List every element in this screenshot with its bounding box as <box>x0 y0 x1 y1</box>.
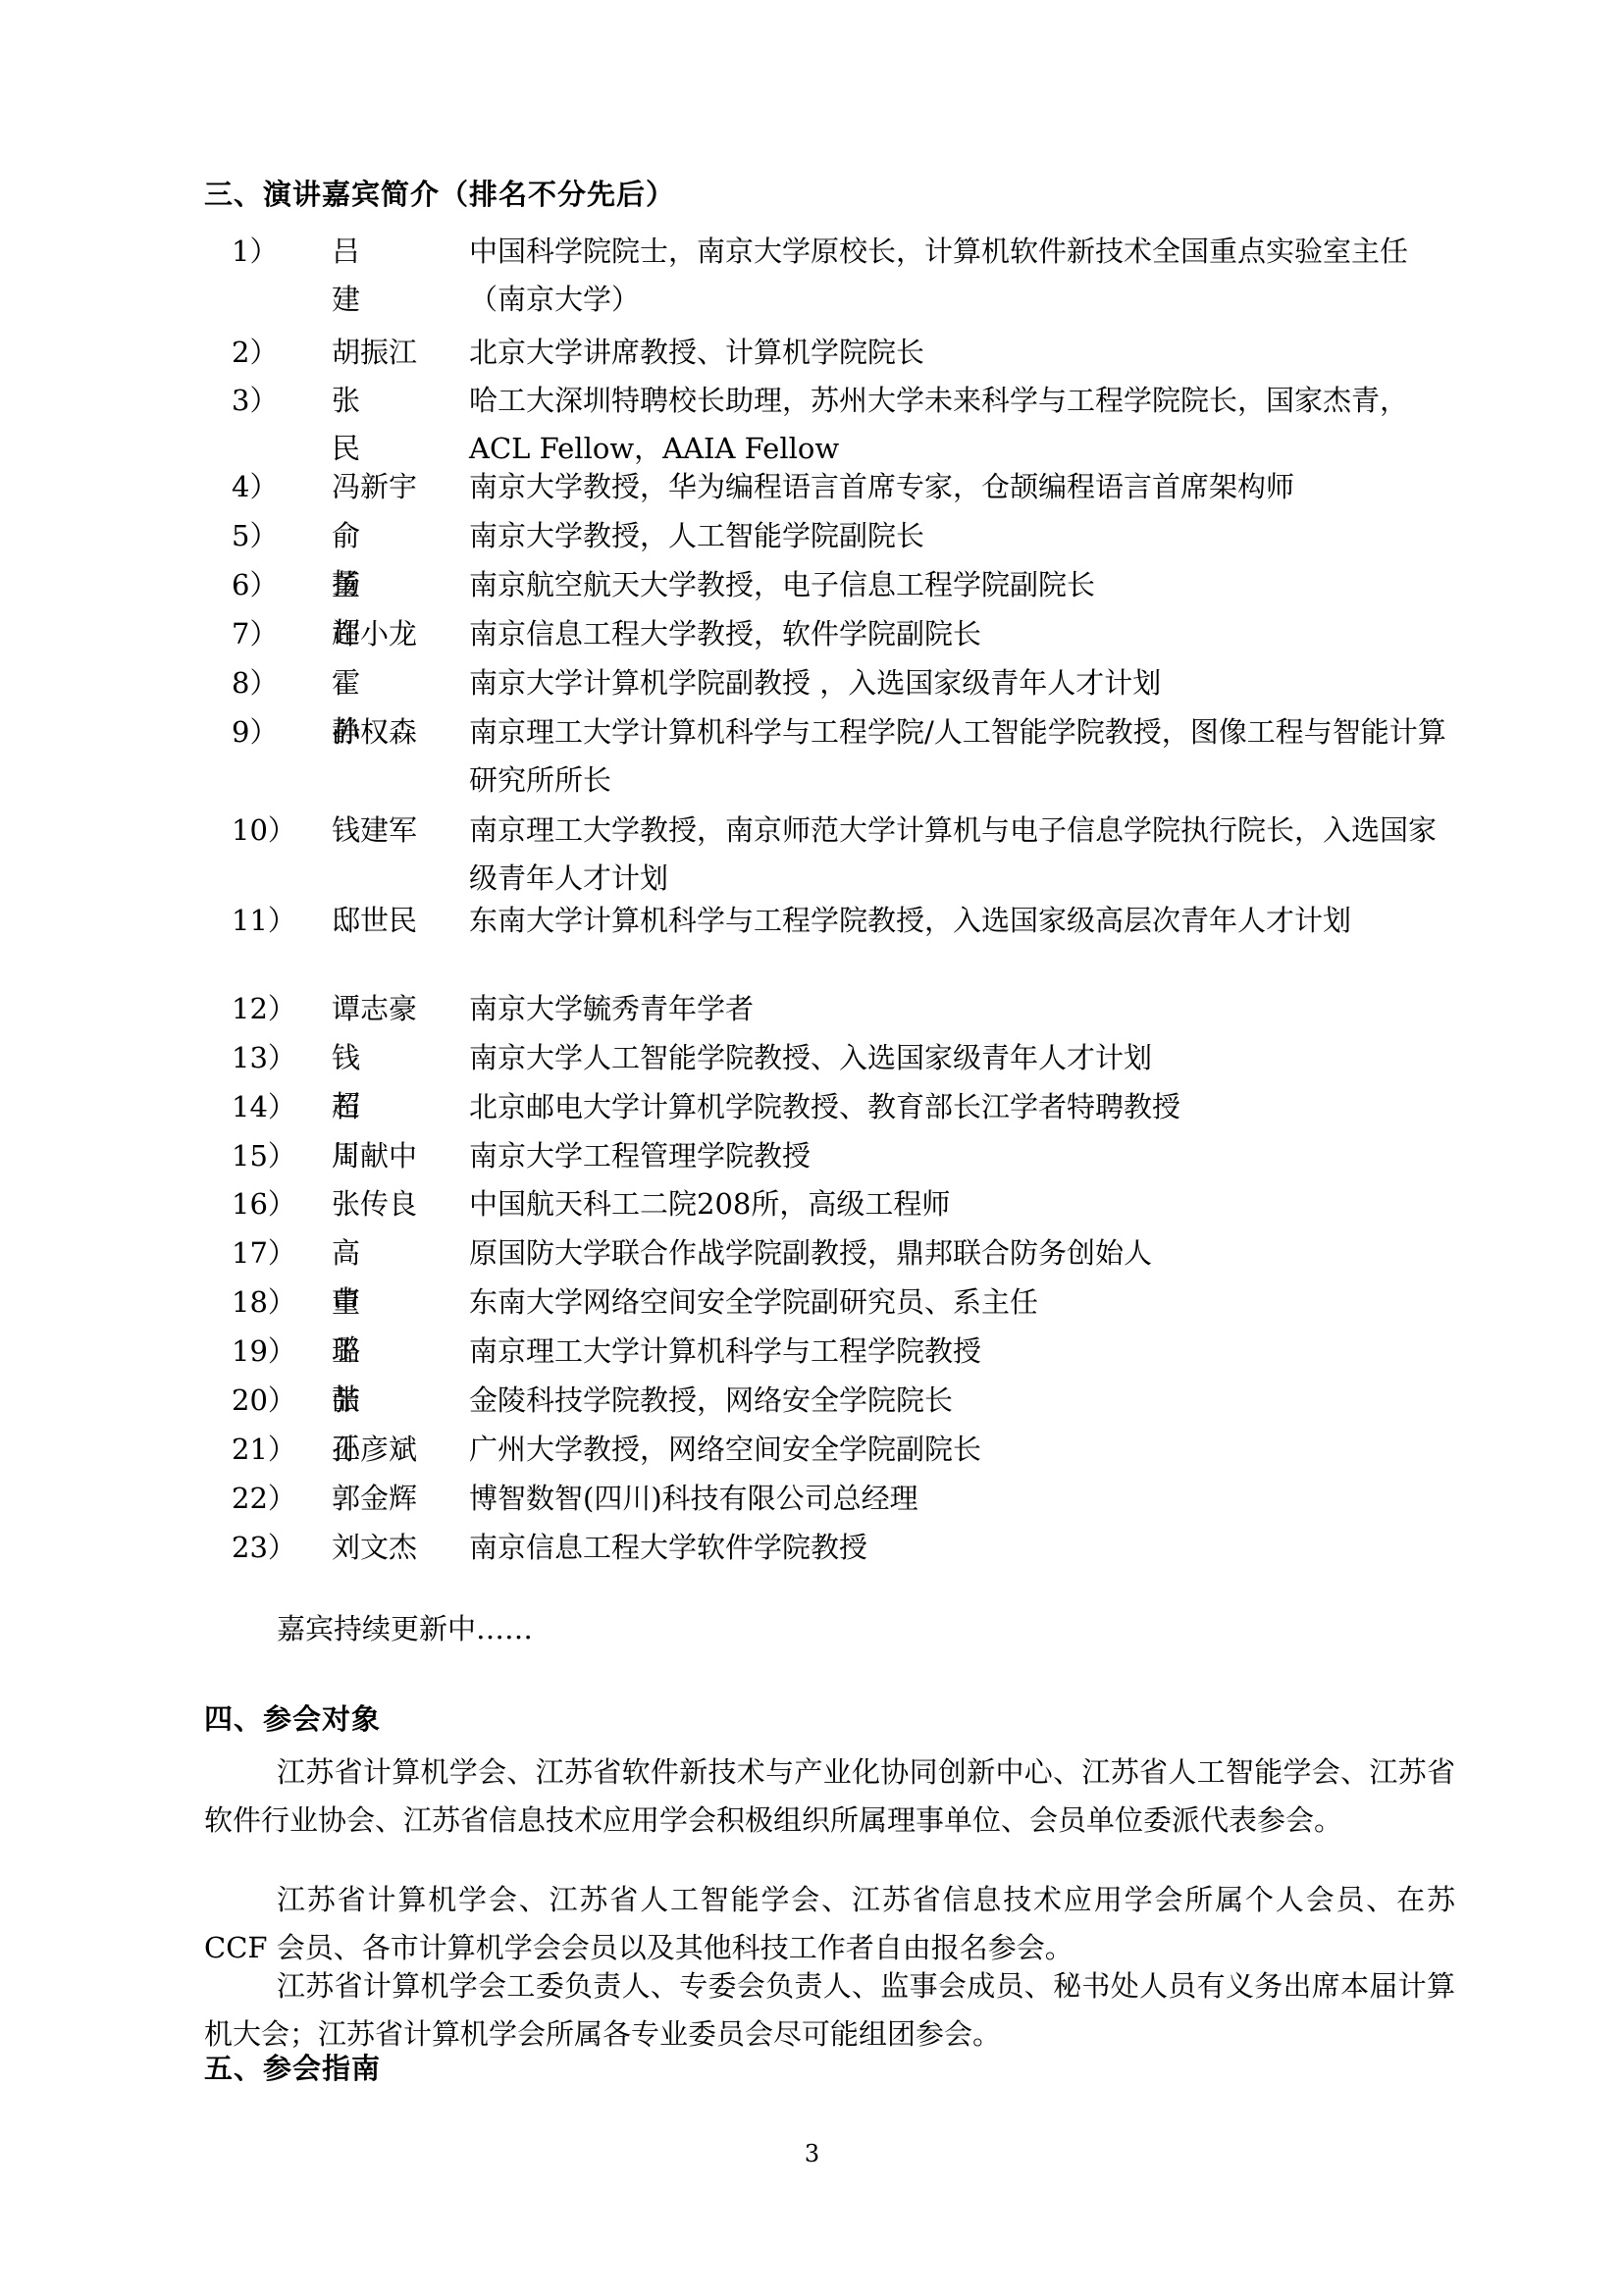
speaker-number: 19） <box>232 1328 296 1376</box>
speaker-description: 南京大学工程管理学院教授 <box>469 1132 1460 1180</box>
speaker-description: 北京大学讲席教授、计算机学院院长 <box>469 329 1460 377</box>
attendees-paragraph: 江苏省计算机学会、江苏省人工智能学会、江苏省信息技术应用学会所属个人会员、在苏 … <box>204 1876 1455 1972</box>
speaker-number: 4） <box>232 463 278 511</box>
speaker-number: 7） <box>232 610 278 658</box>
section-heading-attendees: 四、参会对象 <box>204 1699 381 1739</box>
speaker-number: 1） <box>232 228 278 276</box>
speaker-description: 北京邮电大学计算机学院教授、教育部长江学者特聘教授 <box>469 1083 1460 1131</box>
speaker-name: 张传良 <box>332 1180 449 1228</box>
speaker-number: 22） <box>232 1475 296 1523</box>
section-heading-speakers: 三、演讲嘉宾简介（排名不分先后） <box>204 175 675 214</box>
speaker-number: 23） <box>232 1524 296 1572</box>
speaker-number: 8） <box>232 659 278 707</box>
speaker-description: 南京大学教授，人工智能学院副院长 <box>469 512 1460 560</box>
speaker-number: 13） <box>232 1034 296 1082</box>
speaker-description: 东南大学计算机科学与工程学院教授，入选国家级高层次青年人才计划 <box>469 897 1460 945</box>
speaker-description: 哈工大深圳特聘校长助理，苏州大学未来科学与工程学院院长，国家杰青，ACL Fel… <box>469 377 1460 473</box>
speaker-number: 15） <box>232 1132 296 1180</box>
document-page: 三、演讲嘉宾简介（排名不分先后） 1） 吕建 中国科学院院士，南京大学原校长，计… <box>0 0 1624 2295</box>
speaker-number: 6） <box>232 561 278 609</box>
speaker-description: 南京理工大学教授，南京师范大学计算机与电子信息学院执行院长，入选国家级青年人才计… <box>469 807 1460 903</box>
speaker-name: 孙彦斌 <box>332 1426 449 1474</box>
speaker-description: 南京大学毓秀青年学者 <box>469 985 1460 1033</box>
page-number: 3 <box>0 2139 1624 2168</box>
speaker-name: 周献中 <box>332 1132 449 1180</box>
speaker-name: 许小龙 <box>332 610 449 658</box>
speaker-number: 17） <box>232 1229 296 1278</box>
speaker-name: 吕建 <box>332 228 449 324</box>
speaker-description: 博智数智(四川)科技有限公司总经理 <box>469 1475 1460 1523</box>
section-heading-guide: 五、参会指南 <box>204 2049 381 2088</box>
speaker-number: 5） <box>232 512 278 560</box>
speaker-number: 18） <box>232 1278 296 1327</box>
speaker-name: 孙权森 <box>332 708 449 756</box>
speaker-description: 东南大学网络空间安全学院副研究员、系主任 <box>469 1278 1460 1327</box>
speaker-description: 原国防大学联合作战学院副教授，鼎邦联合防务创始人 <box>469 1229 1460 1278</box>
speaker-description: 中国科学院院士，南京大学原校长，计算机软件新技术全国重点实验室主任（南京大学） <box>469 228 1460 324</box>
speaker-name: 谭志豪 <box>332 985 449 1033</box>
speaker-number: 20） <box>232 1377 296 1425</box>
attendees-paragraph: 江苏省计算机学会工委负责人、专委会负责人、监事会成员、秘书处人员有义务出席本届计… <box>204 1962 1455 2059</box>
speaker-number: 12） <box>232 985 296 1033</box>
speaker-number: 16） <box>232 1180 296 1228</box>
speaker-number: 2） <box>232 329 278 377</box>
speaker-name: 郭金辉 <box>332 1475 449 1523</box>
speaker-description: 南京航空航天大学教授，电子信息工程学院副院长 <box>469 561 1460 609</box>
speaker-description: 金陵科技学院教授，网络安全学院院长 <box>469 1377 1460 1425</box>
speaker-description: 中国航天科工二院208所，高级工程师 <box>469 1180 1460 1228</box>
attendees-paragraph: 江苏省计算机学会、江苏省软件新技术与产业化协同创新中心、江苏省人工智能学会、江苏… <box>204 1748 1455 1845</box>
speaker-description: 南京理工大学计算机科学与工程学院教授 <box>469 1328 1460 1376</box>
speaker-description: 广州大学教授，网络空间安全学院副院长 <box>469 1426 1460 1474</box>
speaker-name: 刘文杰 <box>332 1524 449 1572</box>
speaker-description: 南京信息工程大学软件学院教授 <box>469 1524 1460 1572</box>
speaker-name: 胡振江 <box>332 329 449 377</box>
speaker-number: 9） <box>232 708 278 756</box>
speaker-description: 南京大学人工智能学院教授、入选国家级青年人才计划 <box>469 1034 1460 1082</box>
speaker-description: 南京信息工程大学教授，软件学院副院长 <box>469 610 1460 658</box>
speaker-name: 张民 <box>332 377 449 473</box>
speaker-description: 南京大学计算机学院副教授 ，入选国家级青年人才计划 <box>469 659 1460 707</box>
speaker-description: 南京理工大学计算机科学与工程学院/人工智能学院教授，图像工程与智能计算研究所所长 <box>469 708 1460 805</box>
speakers-update-note: 嘉宾持续更新中…… <box>277 1609 533 1648</box>
speaker-description: 南京大学教授，华为编程语言首席专家，仓颉编程语言首席架构师 <box>469 463 1460 511</box>
speaker-name: 钱建军 <box>332 807 449 855</box>
speaker-number: 21） <box>232 1426 296 1474</box>
speaker-number: 14） <box>232 1083 296 1131</box>
speaker-number: 10） <box>232 807 296 855</box>
speaker-name: 邸世民 <box>332 897 449 945</box>
speaker-name: 冯新宇 <box>332 463 449 511</box>
speaker-number: 3） <box>232 377 278 425</box>
speaker-number: 11） <box>232 897 296 945</box>
